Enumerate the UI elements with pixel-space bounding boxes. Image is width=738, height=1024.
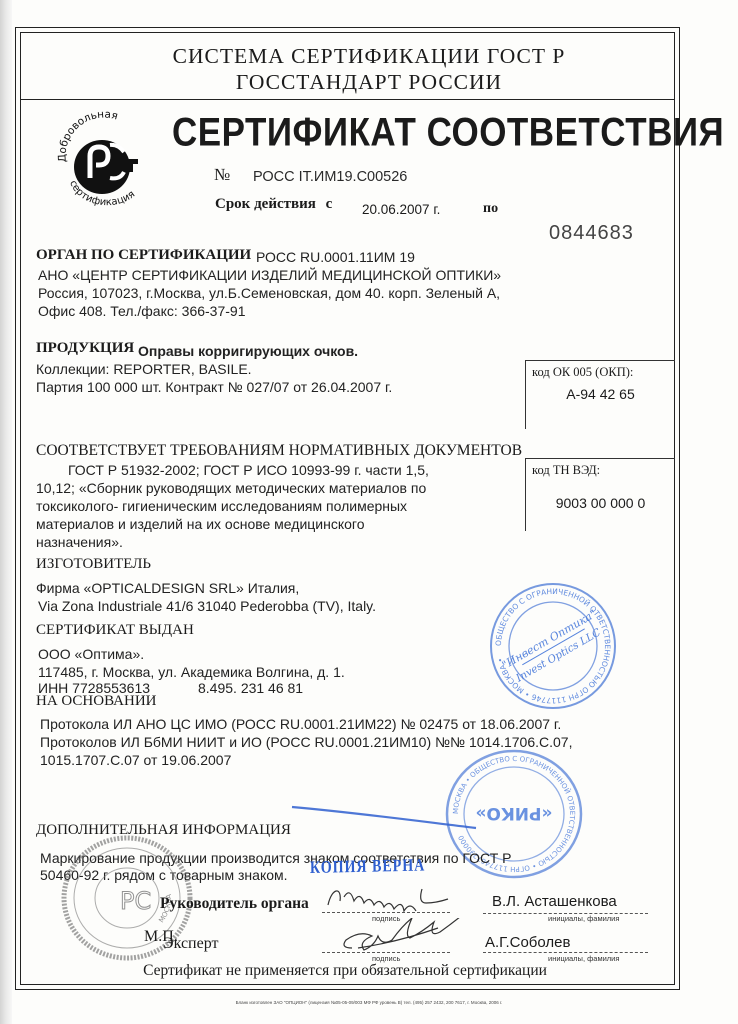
invest-optika-ring-text: ОБЩЕСТВО С ОГРАНИЧЕННОЙ ОТВЕТСТВЕННОСТЬЮ… <box>494 587 612 705</box>
issued-to-line-1: ООО «Оптима». <box>38 646 144 662</box>
svg-text:ОБЩЕСТВО С ОГРАНИЧЕННОЙ ОТВЕТС: ОБЩЕСТВО С ОГРАНИЧЕННОЙ ОТВЕТСТВЕННОСТЬЮ… <box>494 587 612 705</box>
basis-line-1: Протокола ИЛ АНО ЦС ИМО (РОСС RU.0001.21… <box>40 716 561 732</box>
system-title-line1: СИСТЕМА СЕРТИФИКАЦИИ ГОСТ Р <box>0 44 738 69</box>
rst-logo-icon: Добровольная сертификация <box>44 110 164 210</box>
conformity-heading: СООТВЕТСТВУЕТ ТРЕБОВАНИЯМ НОРМАТИВНЫХ ДО… <box>36 442 522 460</box>
expert-signature-line <box>322 952 450 953</box>
validity-from-date: 20.06.2007 г. <box>362 202 440 217</box>
riko-center-text: «РИКО» <box>476 803 553 823</box>
expert-name-line <box>483 952 648 953</box>
conformity-line-3: токсиколого- гигиеническим исследованиям… <box>36 498 407 514</box>
conformity-line-2: 10,12; «Сборник руководящих методических… <box>36 480 426 496</box>
pen-stroke <box>290 804 480 834</box>
okp-code-label: код ОК 005 (ОКП): <box>532 365 633 380</box>
manufacturer-line-2: Via Zona Industriale 41/6 31040 Pederobb… <box>38 598 376 614</box>
certificate-title: СЕРТИФИКАТ СООТВЕТСТВИЯ <box>172 110 724 156</box>
validity-label: Срок действия с <box>215 196 332 213</box>
product-heading: ПРОДУКЦИЯ <box>36 340 134 357</box>
validity-text: Срок действия <box>215 196 316 212</box>
product-name: Оправы корригирующих очков. <box>138 343 358 359</box>
certification-body-heading: ОРГАН ПО СЕРТИФИКАЦИИ <box>36 247 251 264</box>
conformity-line-1: ГОСТ Р 51932-2002; ГОСТ Р ИСО 10993-99 г… <box>68 462 429 478</box>
okp-code-value: А-94 42 65 <box>526 386 675 402</box>
printer-note: Бланк изготовлен ЗАО "ОПЦИОН" (лицензия … <box>0 1000 738 1005</box>
svg-text:РС: РС <box>120 887 151 915</box>
number-label: № <box>214 165 230 185</box>
validity-to-label: по <box>483 201 498 217</box>
basis-line-3: 1015.1707.С.07 от 19.06.2007 <box>40 752 231 768</box>
head-signature-line <box>322 912 450 913</box>
head-signature <box>322 883 457 913</box>
conformity-line-5: назначения». <box>36 534 123 550</box>
issued-to-line-2: 117485, г. Москва, ул. Академика Волгина… <box>38 664 345 680</box>
invest-optika-stamp: ОБЩЕСТВО С ОГРАНИЧЕННОЙ ОТВЕТСТВЕННОСТЬЮ… <box>487 580 619 712</box>
basis-heading: НА ОСНОВАНИИ <box>36 693 157 710</box>
head-name-caption: инициалы, фамилия <box>548 914 619 923</box>
disclaimer: Сертификат не применяется при обязательн… <box>0 962 690 980</box>
certification-body-code: РОСС RU.0001.11ИМ 19 <box>256 249 415 265</box>
head-of-body-label: Руководитель органа <box>160 895 309 913</box>
head-name: В.Л. Асташенкова <box>492 893 617 910</box>
expert-name: А.Г.Соболев <box>485 934 570 951</box>
validity-from-label: с <box>326 196 333 212</box>
header-divider <box>20 99 675 100</box>
product-collections: Коллекции: REPORTER, BASILE. <box>36 361 252 377</box>
certification-body-name: АНО «ЦЕНТР СЕРТИФИКАЦИИ ИЗДЕЛИЙ МЕДИЦИНС… <box>38 267 501 283</box>
manufacturer-heading: ИЗГОТОВИТЕЛЬ <box>36 556 151 573</box>
manufacturer-line-1: Фирма «OPTICALDESIGN SRL» Италия, <box>36 580 299 596</box>
issued-to-heading: СЕРТИФИКАТ ВЫДАН <box>36 622 194 639</box>
expert-label: Эксперт <box>163 935 218 953</box>
conformity-line-4: материалов и изделий на их основе медици… <box>36 516 365 532</box>
scan-edge-shadow <box>0 0 12 1024</box>
tnved-code-value: 9003 00 000 0 <box>526 495 675 511</box>
okp-code-box: код ОК 005 (ОКП): А-94 42 65 <box>525 360 675 429</box>
tnved-code-box: код ТН ВЭД: 9003 00 000 0 <box>525 458 675 531</box>
certification-body-office: Офис 408. Тел./факс: 366-37-91 <box>38 303 245 319</box>
certification-body-address: Россия, 107023, г.Москва, ул.Б.Семеновск… <box>38 285 500 301</box>
system-title-line2: ГОССТАНДАРТ РОССИИ <box>0 70 738 95</box>
tnved-code-label: код ТН ВЭД: <box>532 463 600 478</box>
product-batch: Партия 100 000 шт. Контракт № 027/07 от … <box>36 379 392 395</box>
copy-verified-stamp: КОПИЯ ВЕРНА <box>310 857 426 880</box>
issued-to-phone: 8.495. 231 46 81 <box>198 680 303 696</box>
certificate-number: РОСС IT.ИМ19.С00526 <box>253 169 407 185</box>
blank-serial-number: 0844683 <box>549 222 634 245</box>
